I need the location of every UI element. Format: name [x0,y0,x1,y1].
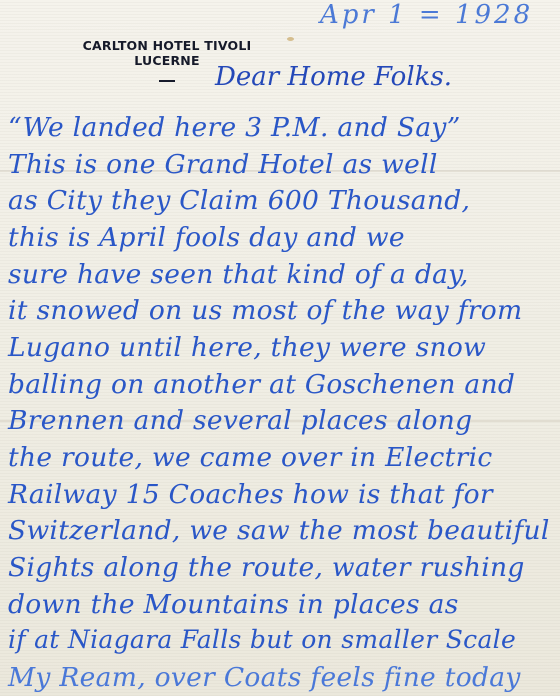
letterhead-hotel-name: CARLTON HOTEL TIVOLI [52,38,282,53]
body-line: down the Mountains in places as [8,589,459,620]
body-line: the route, we came over in Electric [8,442,493,473]
body-line: This is one Grand Hotel as well [8,149,438,180]
body-line: balling on another at Goschenen and [8,369,515,400]
body-line: it snowed on us most of the way from [8,295,522,326]
body-line: Sights along the route, water rushing [8,552,525,583]
body-line: Railway 15 Coaches how is that for [8,479,493,510]
body-line: My Ream, over Coats feels fine today [8,662,521,693]
letter-salutation: Dear Home Folks. [215,62,452,92]
letterhead-dash [159,80,175,82]
body-line: Switzerland, we saw the most beautiful [8,515,550,546]
body-line: sure have seen that kind of a day, [8,259,469,290]
body-line: Brennen and several places along [8,405,472,436]
body-line: this is April fools day and we [8,222,405,253]
paper-stain [287,37,294,41]
body-line: Lugano until here, they were snow [8,332,486,363]
body-line: as City they Claim 600 Thousand, [8,185,470,216]
letter-page: CARLTON HOTEL TIVOLI LUCERNE Apr 1 = 192… [0,0,560,696]
body-line: if at Niagara Falls but on smaller Scale [8,625,516,654]
letter-date: Apr 1 = 1928 [320,0,533,30]
body-line: “We landed here 3 P.M. and Say” [8,112,461,143]
